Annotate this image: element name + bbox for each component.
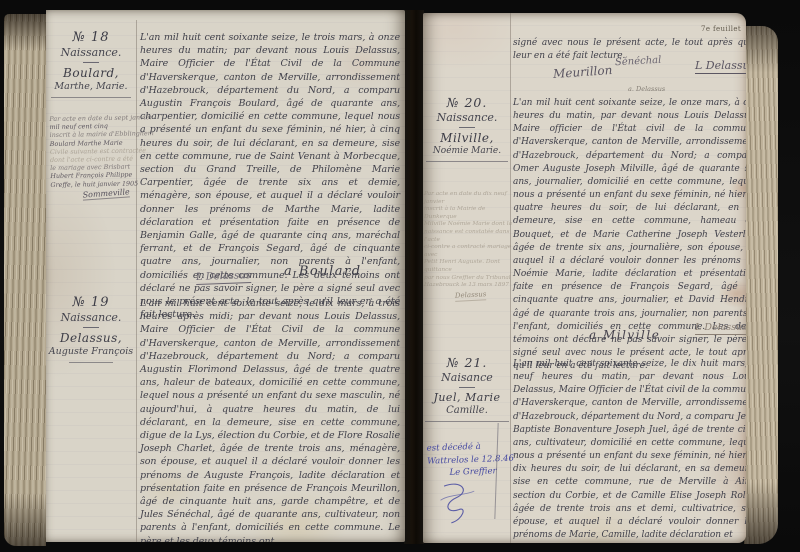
act18-signature-officer: L Delassus: [196, 270, 251, 283]
act21-death-note: est décédé à Wattrelos le 12.8.46 Le Gre…: [427, 439, 525, 528]
act18-number: № 18: [48, 30, 134, 45]
note-line: Par acte en date du dix neuf janvier: [424, 191, 518, 206]
note-line: Petit Henri Auguste. Dont quittance: [424, 259, 518, 274]
note-line: inscrit à la Mairie de Dunkerque: [424, 206, 518, 221]
act20-forenames: Noémie Marie.: [425, 146, 509, 156]
act21-forenames: Camille.: [425, 405, 509, 416]
carryover-signature-senechal: Sénéchal: [615, 55, 662, 68]
note-line: par nous Greffier du Tribunal: [424, 275, 518, 283]
act20-note-signature: Delassus: [455, 291, 487, 301]
act18-surname: Boulard,: [48, 66, 134, 80]
act19-number: № 19: [48, 295, 134, 310]
act20-signature-officer: L Delassus: [695, 322, 746, 333]
note-line: Milville Noémie Marie dont la: [424, 221, 518, 229]
act20-type: Naissance.: [425, 111, 509, 124]
act18-underline: [51, 97, 131, 98]
act18-note-signature: Sommeville: [83, 188, 131, 200]
book-page-edges-left: [4, 14, 46, 546]
right-page: 7e feuillet signé avec nous le présent a…: [423, 13, 746, 543]
note-line: Hazebrouck le 13 mars 1897: [424, 282, 518, 290]
note-line: ci-contre a contracté mariage avec: [424, 244, 518, 259]
act21-underline: [425, 421, 509, 422]
act21-divider: [459, 387, 475, 388]
left-margin-rule: [136, 20, 137, 542]
act19-divider: [83, 327, 99, 328]
left-page: № 18 Naissance. Boulard, Marthe, Marie. …: [46, 10, 405, 542]
book-page-edges-right: [744, 26, 778, 544]
act21-body: L'an mil huit cent soixante seize, le di…: [513, 358, 746, 542]
act19-margin-header: № 19 Naissance. Delassus, Auguste Franço…: [48, 295, 134, 363]
act19-type: Naissance.: [48, 311, 134, 324]
carryover-signature-meurillon: Meurillon: [553, 63, 613, 81]
act19-surname: Delassus,: [48, 331, 134, 345]
act18-type: Naissance.: [48, 46, 134, 59]
carryover-signature-delassus: L Delassus: [695, 59, 746, 72]
act20-surname: Milville,: [425, 131, 509, 145]
act18-margin-header: № 18 Naissance. Boulard, Marthe, Marie.: [48, 30, 134, 98]
act20-signature-father: a Milville: [589, 328, 660, 342]
book-gutter: [404, 10, 424, 544]
note-line: naissance est constatée dans l'acte: [424, 229, 518, 244]
act19-body: L'an mil huit cent soixante seize, le di…: [140, 297, 400, 542]
act20-underline: [426, 161, 508, 162]
folio-number-stamp: 7e feuillet: [701, 25, 741, 33]
act18-signature-father: a Boulard: [284, 264, 362, 279]
act20-marriage-note: Par acte en date du dix neuf janvier ins…: [424, 191, 518, 300]
act21-number: № 21.: [425, 355, 509, 370]
act21-margin-header: № 21. Naisance Juel, Marie Camille.: [425, 355, 509, 422]
carryover-signature-small: a. Delassus: [628, 85, 665, 93]
act20-margin-header: № 20. Naissance. Milville, Noémie Marie.: [425, 95, 509, 162]
death-note-line: Le Greffier: [449, 464, 522, 479]
greffier-signature-flourish: [436, 478, 480, 523]
act21-surname: Juel, Marie: [425, 391, 509, 404]
register-photo: № 18 Naissance. Boulard, Marthe, Marie. …: [0, 0, 800, 552]
act18-forenames: Marthe, Marie.: [48, 81, 134, 92]
act20-number: № 20.: [425, 95, 509, 110]
act20-divider: [459, 127, 475, 128]
act19-forenames: Auguste François: [48, 346, 134, 357]
act18-divider: [83, 62, 99, 63]
act21-type: Naisance: [425, 371, 509, 384]
act19-underline: [69, 362, 113, 363]
